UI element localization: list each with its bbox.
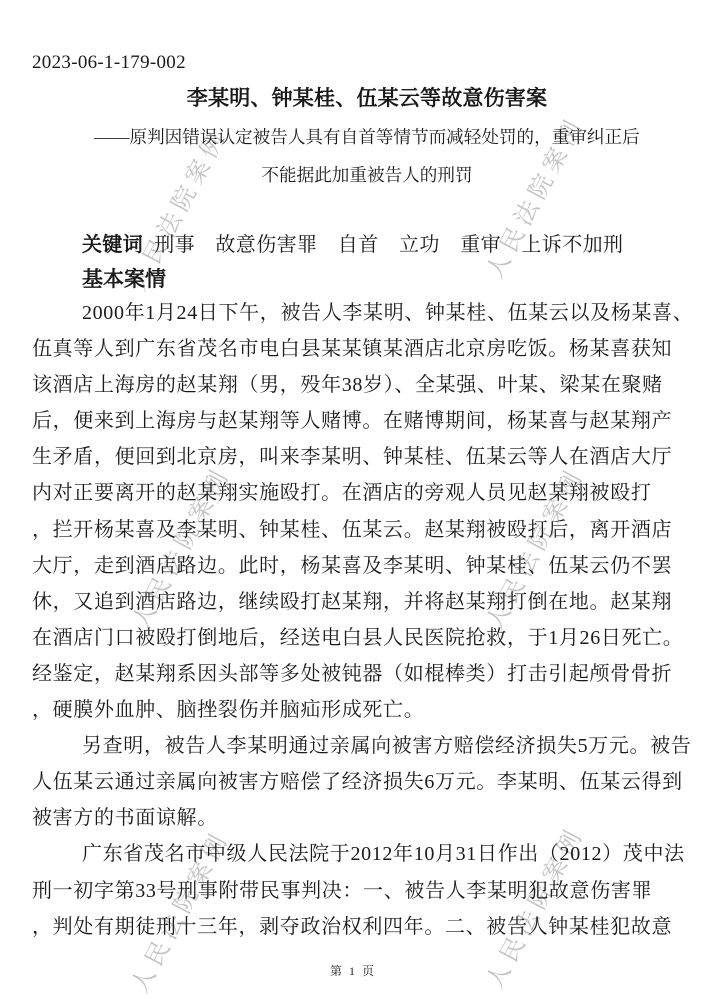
keywords-row: 关键词刑事 故意伤害罪 自首 立功 重审 上诉不加刑: [82, 228, 623, 257]
body-line: 生矛盾，便回到北京房，叫来李某明、钟某桂、伍某云等人在酒店大厅: [32, 439, 682, 475]
body-line: 2000年1月24日下午，被告人李某明、钟某桂、伍某云以及杨某喜、: [32, 295, 682, 331]
page-number: 第 1 页: [0, 962, 706, 979]
case-subtitle: ——原判因错误认定被告人具有自首等情节而减轻处罚的，重审纠正后 不能据此加重被告…: [28, 118, 706, 194]
body-line: 经鉴定，赵某翔系因头部等多处被钝器（如棍棒类）打击引起颅骨骨折: [32, 656, 682, 692]
body-line: 该酒店上海房的赵某翔（男，殁年38岁）、全某强、叶某、梁某在聚赌: [32, 367, 682, 403]
body-line: 后，便来到上海房与赵某翔等人赌博。在赌博期间，杨某喜与赵某翔产: [32, 403, 682, 439]
case-number: 2023-06-1-179-002: [32, 52, 186, 74]
case-subtitle-line1: ——原判因错误认定被告人具有自首等情节而减轻处罚的，重审纠正后: [28, 118, 706, 156]
body-line: ，判处有期徒刑十三年，剥夺政治权利四年。二、被告人钟某桂犯故意: [32, 909, 682, 945]
body-line: 内对正要离开的赵某翔实施殴打。在酒店的旁观人员见赵某翔被殴打: [32, 475, 682, 511]
body-line: 在酒店门口被殴打倒地后，经送电白县人民医院抢救，于1月26日死亡。: [32, 620, 682, 656]
case-subtitle-line2: 不能据此加重被告人的刑罚: [28, 156, 706, 194]
keywords-label: 关键词: [82, 234, 143, 256]
body-line: 另查明，被告人李某明通过亲属向被害方赔偿经济损失5万元。被告: [32, 728, 682, 764]
body-line: ，硬膜外血肿、脑挫裂伤并脑疝形成死亡。: [32, 692, 682, 728]
body-line: 伍真等人到广东省茂名市电白县某某镇某酒店北京房吃饭。杨某喜获知: [32, 331, 682, 367]
body-line: 刑一初字第33号刑事附带民事判决：一、被告人李某明犯故意伤害罪: [32, 873, 682, 909]
body-line: 被害方的书面谅解。: [32, 800, 682, 836]
case-body: 2000年1月24日下午，被告人李某明、钟某桂、伍某云以及杨某喜、 伍真等人到广…: [32, 295, 682, 945]
document-page: 人民法院案例 人民法院案例 人民法院案例 人民法院案例 人民法院案例 人民法院案…: [0, 0, 706, 999]
body-line: 大厅，走到酒店路边。此时，杨某喜及李某明、钟某桂、伍某云仍不罢: [32, 548, 682, 584]
body-line: 广东省茂名市中级人民法院于2012年10月31日作出（2012）茂中法: [32, 836, 682, 872]
section-heading-basic-facts: 基本案情: [82, 263, 166, 293]
body-line: ，拦开杨某喜及李某明、钟某桂、伍某云。赵某翔被殴打后，离开酒店: [32, 512, 682, 548]
body-line: 休，又追到酒店路边，继续殴打赵某翔，并将赵某翔打倒在地。赵某翔: [32, 584, 682, 620]
body-line: 人伍某云通过亲属向被害方赔偿了经济损失6万元。李某明、伍某云得到: [32, 764, 682, 800]
keywords-list: 刑事 故意伤害罪 自首 立功 重审 上诉不加刑: [154, 234, 623, 256]
case-title: 李某明、钟某桂、伍某云等故意伤害案: [28, 82, 706, 112]
